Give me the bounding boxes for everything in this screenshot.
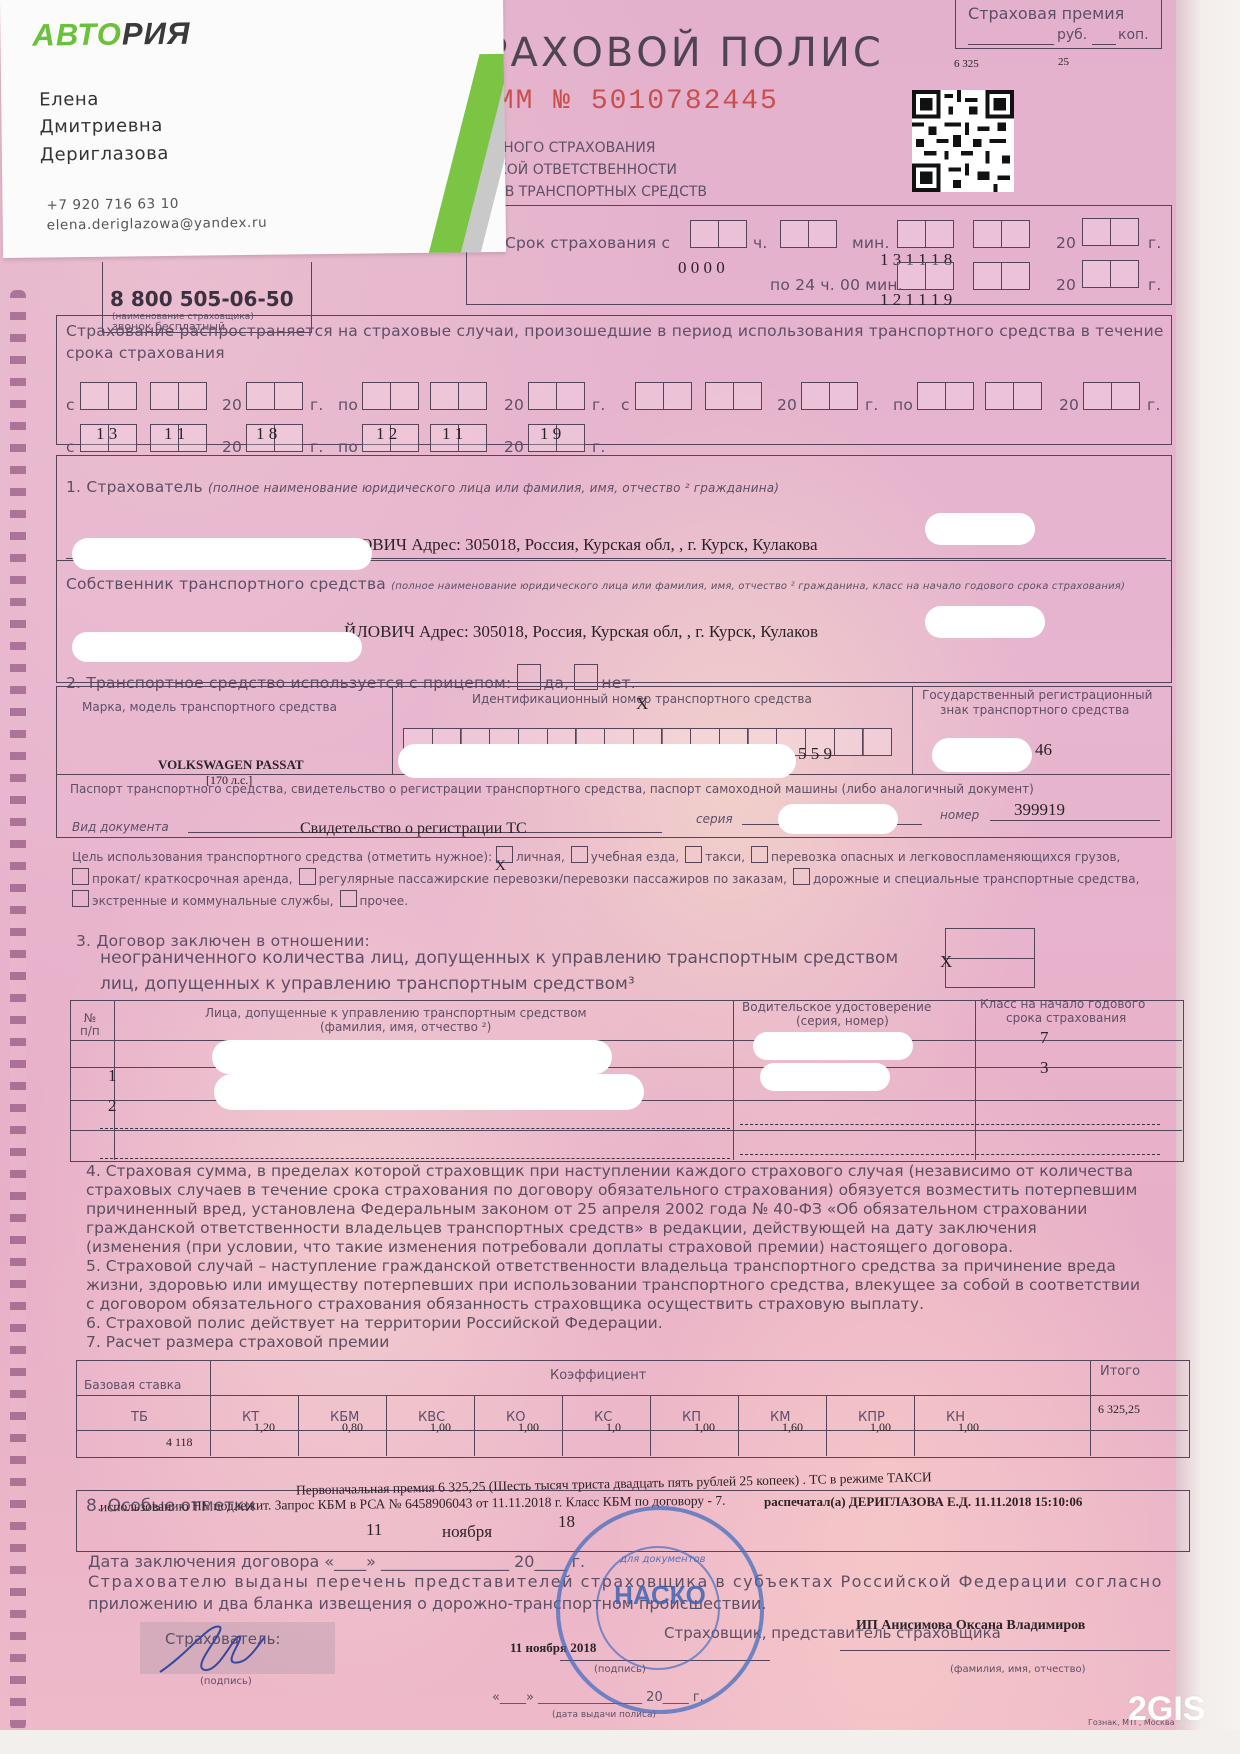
plate-header-1: Государственный регистрационный xyxy=(922,688,1152,702)
usage-from-day[interactable] xyxy=(80,382,135,410)
series-label: серия xyxy=(696,812,733,826)
coef-value: 1,00 xyxy=(958,1420,979,1435)
num-header: № п/п xyxy=(80,1012,100,1038)
redacted-license-1 xyxy=(753,1032,913,1060)
policy-number: МММ № 5010782445 xyxy=(478,86,779,117)
number-value: 399919 xyxy=(1014,800,1065,820)
paper-bottom-edge xyxy=(0,1730,1240,1754)
fio-caption: (фамилия, имя, отчество) xyxy=(950,1664,1086,1675)
contract-day: 11 xyxy=(366,1520,382,1540)
redacted-owner-name xyxy=(72,632,362,662)
policyholder-signature xyxy=(150,1612,270,1682)
purpose-option[interactable]: перевозка опасных и легковоспламеняющихс… xyxy=(751,850,1120,864)
persons-header-2: (фамилия, имя, отчество ²) xyxy=(320,1020,491,1034)
card-first-name: Елена xyxy=(39,89,99,111)
total-label: Итого xyxy=(1100,1364,1140,1379)
coef-code: ТБ xyxy=(131,1410,148,1425)
company-stamp: для документов НАСКО xyxy=(556,1506,764,1714)
insurer-label: 1. Страхователь (полное наименование юри… xyxy=(66,478,779,496)
purpose-checkbox[interactable] xyxy=(72,868,89,885)
coef-value: 1,00 xyxy=(694,1420,715,1435)
coef-value: 0,80 xyxy=(342,1420,363,1435)
2gis-watermark: 2GIS xyxy=(1128,1690,1205,1729)
premium-rub-label: руб. xyxy=(1057,27,1087,43)
purpose-option[interactable]: экстренные и коммунальные службы, xyxy=(72,894,334,908)
usage-to-day[interactable] xyxy=(362,382,417,410)
driver-row-2-class: 3 xyxy=(1040,1058,1049,1078)
from-day-cells[interactable] xyxy=(897,220,952,248)
usage-from-month[interactable] xyxy=(705,382,760,410)
purpose-checkbox[interactable] xyxy=(793,868,810,885)
stamp-subtext: для документов xyxy=(620,1554,706,1565)
redacted-driver-1 xyxy=(212,1040,612,1074)
business-card: АВТОРИЯ Елена Дмитриевна Дериглазова +7 … xyxy=(0,0,506,258)
usage-to-year[interactable] xyxy=(528,382,583,410)
signature-caption: (подпись) xyxy=(200,1676,252,1687)
coef-value: 1,00 xyxy=(518,1420,539,1435)
contract-date-label: Дата заключения договора «____» ________… xyxy=(88,1552,585,1571)
purpose-checkbox[interactable] xyxy=(72,890,89,907)
from-hours-cells[interactable] xyxy=(690,220,745,248)
coef-value: 1,00 xyxy=(430,1420,451,1435)
purpose-checkbox[interactable] xyxy=(751,846,768,863)
persons-header-1: Лица, допущенные к управлению транспортн… xyxy=(205,1006,587,1020)
vin-mark: X xyxy=(636,694,648,714)
redacted-plate xyxy=(932,738,1032,772)
purpose-option[interactable]: регулярные пассажирские перевозки/перево… xyxy=(299,872,787,886)
redacted-vin xyxy=(398,744,796,778)
doc-header: Паспорт транспортного средства, свидетел… xyxy=(70,782,1034,796)
usage-period-typed: 1 1 xyxy=(442,424,463,444)
usage-to-month[interactable] xyxy=(985,382,1040,410)
class-header-2: срока страхования xyxy=(1006,1011,1126,1025)
purpose-option[interactable]: дорожные и специальные транспортные сред… xyxy=(793,872,1139,886)
purpose-checkbox[interactable] xyxy=(685,846,702,863)
hours-label: ч. xyxy=(753,234,768,252)
usage-to-month[interactable] xyxy=(430,382,485,410)
doc-type-label: Вид документа xyxy=(72,820,169,834)
card-email: elena.deriglazowa@yandex.ru xyxy=(47,215,268,234)
card-last-name: Дериглазова xyxy=(40,143,169,166)
coef-value: 4 118 xyxy=(166,1435,193,1450)
usage-text-2: срока страхования xyxy=(66,344,225,362)
from-year-cells[interactable] xyxy=(1082,218,1137,246)
purpose-option[interactable]: прочее. xyxy=(340,894,408,908)
driver-row-1-num: 1 xyxy=(108,1066,117,1086)
perforation-strip xyxy=(10,290,26,1730)
usage-period-typed: 1 1 xyxy=(164,424,185,444)
from-minutes-cells[interactable] xyxy=(780,220,835,248)
purpose-checkbox[interactable] xyxy=(340,890,357,907)
printed-by: распечатал(а) ДЕРИГЛАЗОВА Е.Д. 11.11.201… xyxy=(764,1494,1082,1510)
coef-value: 1,60 xyxy=(782,1420,803,1435)
coef-value: 1,00 xyxy=(870,1420,891,1435)
to-day-cells[interactable] xyxy=(897,262,952,290)
usage-from-day[interactable] xyxy=(635,382,690,410)
purpose-option[interactable]: учебная езда, xyxy=(571,850,679,864)
purpose-checkbox[interactable] xyxy=(571,846,588,863)
to-date-typed: 1 2 1 1 1 9 xyxy=(880,290,952,310)
unlimited-mark: X xyxy=(940,952,952,972)
coef-value: 1,0 xyxy=(606,1420,621,1435)
to-month-cells[interactable] xyxy=(973,262,1028,290)
redacted-insurer-address xyxy=(925,513,1035,545)
year-prefix: 20 xyxy=(1056,234,1076,252)
total-value: 6 325,25 xyxy=(1098,1402,1140,1417)
usage-text-1: Страхование распространяется на страховы… xyxy=(66,322,1164,340)
redacted-series xyxy=(778,804,898,834)
plate-header-2: знак транспортного средства xyxy=(940,703,1129,717)
from-month-cells[interactable] xyxy=(973,220,1028,248)
year-suffix-2: г. xyxy=(1148,276,1161,294)
driver-row-1-class: 7 xyxy=(1040,1028,1049,1048)
usage-period-typed: 1 2 xyxy=(376,424,397,444)
usage-from-month[interactable] xyxy=(150,382,205,410)
purpose-list: Цель использования транспортного средств… xyxy=(72,846,1172,912)
coef-value: 1,20 xyxy=(254,1420,275,1435)
to-year-cells[interactable] xyxy=(1082,260,1137,288)
purpose-option[interactable]: такси, xyxy=(685,850,745,864)
number-label: номер xyxy=(940,808,979,822)
qr-code xyxy=(912,90,1014,192)
hotline-number: 8 800 505-06-50 xyxy=(110,287,294,311)
redacted-owner-address xyxy=(925,606,1045,638)
usage-period-typed: 1 9 xyxy=(540,424,561,444)
year-prefix-2: 20 xyxy=(1056,276,1076,294)
license-header-2: (серия, номер) xyxy=(796,1014,889,1028)
premium-kop-value: 25 xyxy=(1058,56,1069,68)
base-rate-label: Базовая ставка xyxy=(84,1378,181,1392)
redacted-driver-2 xyxy=(214,1074,644,1110)
premium-kop-label: коп. xyxy=(1118,27,1149,43)
contract-year: 18 xyxy=(558,1512,575,1532)
owner-label: Собственник транспортного средства (полн… xyxy=(66,575,1125,593)
class-header-1: Класс на начало годового xyxy=(980,997,1145,1011)
stamp-text: НАСКО xyxy=(590,1580,730,1611)
contract-month: ноября xyxy=(442,1522,492,1542)
make-value: VOLKSWAGEN PASSAT xyxy=(158,757,304,773)
redacted-license-2 xyxy=(760,1063,890,1091)
period-from-label: Срок страхования с xyxy=(505,234,670,252)
coefficient-label: Коэффициент xyxy=(550,1368,646,1383)
usage-from-year[interactable] xyxy=(801,382,856,410)
usage-to-day[interactable] xyxy=(917,382,972,410)
premium-rub-value: 6 325 xyxy=(954,58,979,70)
insurer-value: ОВИЧ Адрес: 305018, Россия, Курская обл,… xyxy=(360,535,818,555)
card-middle-name: Дмитриевна xyxy=(39,115,163,138)
from-time-typed: 0 0 0 0 xyxy=(678,258,725,278)
policy-title: ТРАХОВОЙ ПОЛИС xyxy=(456,30,884,76)
unlimited-option: неограниченного количества лиц, допущенн… xyxy=(100,948,898,968)
insurer-rep-value: ИП Анисимова Оксана Владимиров xyxy=(856,1618,1085,1634)
autoria-logo: АВТОРИЯ xyxy=(32,16,190,54)
usage-to-year[interactable] xyxy=(1083,382,1138,410)
usage-period-typed: 1 3 xyxy=(96,424,117,444)
purpose-option[interactable]: прокат/ краткосрочная аренда, xyxy=(72,872,293,886)
usage-period-typed: 1 8 xyxy=(256,424,277,444)
clauses-text: 4. Страховая сумма, в пределах которой с… xyxy=(86,1162,1140,1352)
vin-tail: 5 5 9 xyxy=(798,744,832,764)
license-header-1: Водительское удостоверение xyxy=(742,1000,931,1014)
doc-type-value: Свидетельство о регистрации ТС xyxy=(300,820,527,838)
usage-from-year[interactable] xyxy=(246,382,301,410)
premium-label: Страховая премия xyxy=(968,4,1124,23)
year-suffix: г. xyxy=(1148,234,1161,252)
plate-tail: 46 xyxy=(1035,740,1052,760)
make-header: Марка, модель транспортного средства xyxy=(82,700,337,714)
owner-value: ЙЛОВИЧ Адрес: 305018, Россия, Курская об… xyxy=(344,622,818,642)
purpose-checkbox[interactable] xyxy=(299,868,316,885)
limited-option: лиц, допущенных к управлению транспортны… xyxy=(100,974,635,994)
driver-row-2-num: 2 xyxy=(108,1096,117,1116)
purpose-checkbox[interactable]: X xyxy=(496,846,513,863)
card-phone: +7 920 716 63 10 xyxy=(46,196,179,214)
purpose-option[interactable]: Xличная, xyxy=(496,850,565,864)
